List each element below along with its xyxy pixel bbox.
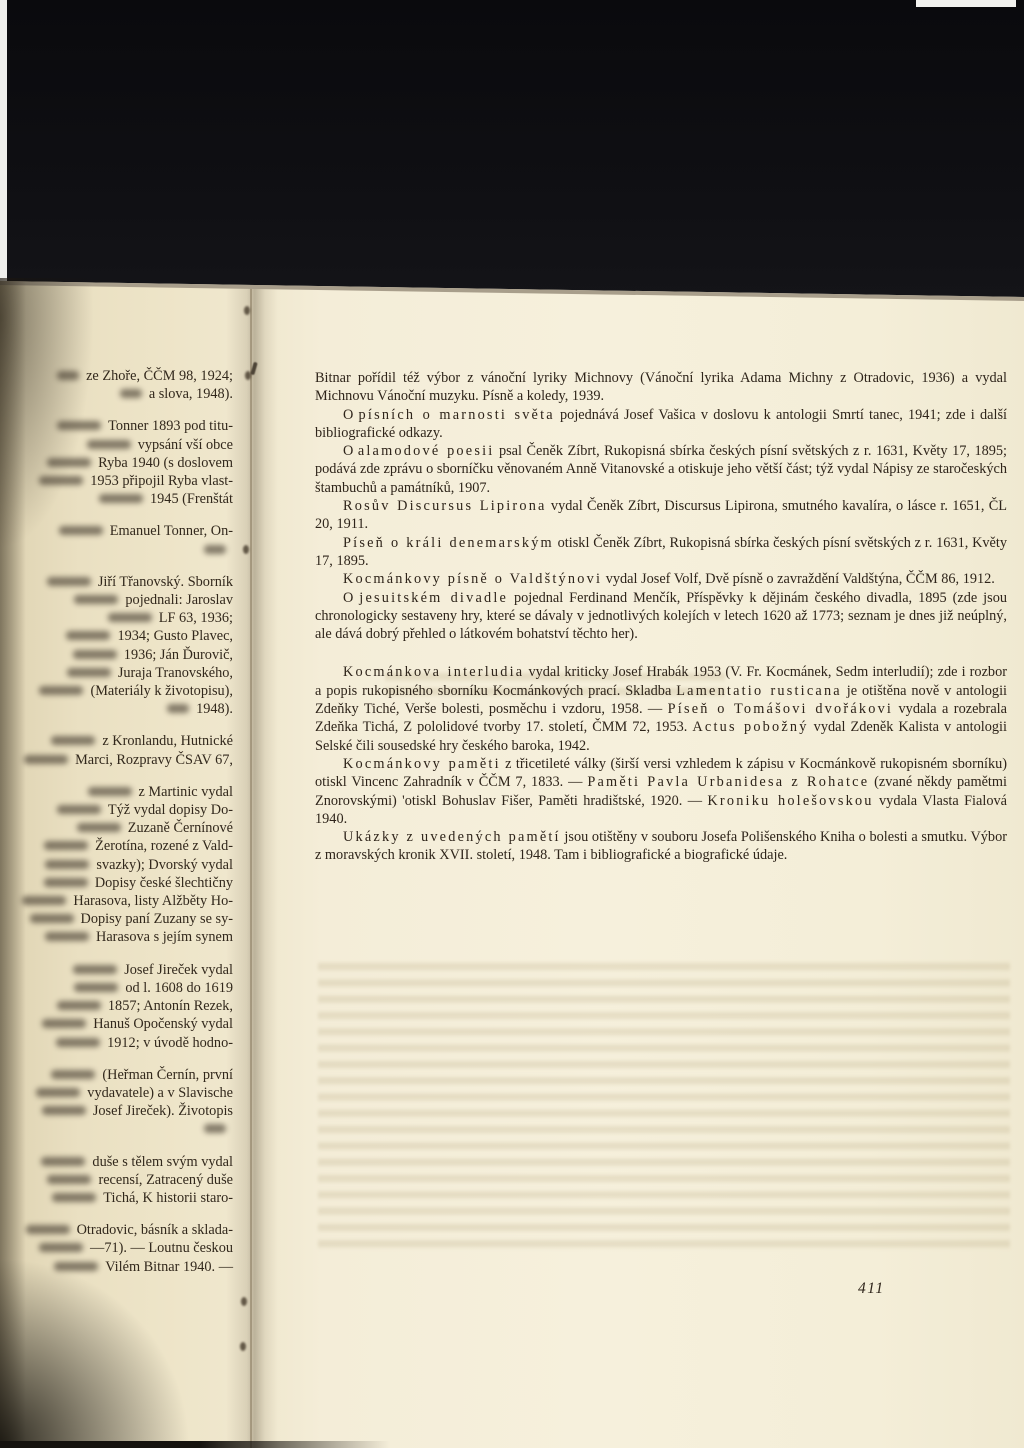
left-page-line: Harasova, listy Alžběty Ho- xyxy=(0,892,233,910)
line-text: Žerotína, rozené z Vald- xyxy=(95,838,233,854)
line-text: Otradovic, básník a sklada- xyxy=(77,1222,233,1238)
left-page-line: Tichá, K historii staro- xyxy=(0,1189,233,1207)
line-text: a slova, 1948). xyxy=(149,386,233,402)
stitch-mark xyxy=(244,306,250,315)
left-page-line: Dopisy české šlechtičny xyxy=(0,874,233,892)
text-smudge xyxy=(167,704,189,713)
left-page-line xyxy=(0,541,233,559)
text-smudge xyxy=(39,476,83,485)
line-text: 1912; v úvodě hodno- xyxy=(107,1035,233,1051)
left-page-line: z Kronlandu, Hutnické xyxy=(0,732,233,750)
text-smudge xyxy=(39,686,83,695)
text-smudge xyxy=(42,1019,86,1028)
left-page-line: Emanuel Tonner, On- xyxy=(0,522,233,540)
line-text: 1945 (Frenštát xyxy=(150,491,233,507)
text-smudge xyxy=(45,860,89,869)
paragraph: O alamodové poesii psal Čeněk Zíbrt, Ruk… xyxy=(315,442,1007,497)
text-smudge xyxy=(41,1157,85,1166)
line-text: recensí, Zatracený duše xyxy=(98,1172,233,1188)
left-page-line: vypsání vší obce xyxy=(0,436,233,454)
line-text: Dopisy české šlechtičny xyxy=(95,875,233,891)
line-text: z Kronlandu, Hutnické xyxy=(102,733,233,749)
line-text: od l. 1608 do 1619 xyxy=(125,980,233,996)
body-text: Bitnar pořídil též výbor z vánoční lyrik… xyxy=(315,370,1007,404)
photo-edge-top-right xyxy=(916,0,1016,7)
left-page-line: —71). — Loutnu českou xyxy=(0,1239,233,1257)
text-smudge xyxy=(47,577,91,586)
left-page-line: 1936; Ján Ďurovič, xyxy=(0,646,233,664)
line-text: 1953 připojil Ryba vlast- xyxy=(90,473,233,489)
left-page-line: Dopisy paní Zuzany se sy- xyxy=(0,910,233,928)
line-text: Vilém Bitnar 1940. — xyxy=(105,1259,233,1275)
left-page-text: ze Zhoře, ČČM 98, 1924;a slova, 1948).To… xyxy=(0,367,233,1276)
left-page-line: z Martinic vydal xyxy=(0,783,233,801)
stitch-mark xyxy=(243,545,249,554)
text-smudge xyxy=(47,1175,91,1184)
line-text: Tonner 1893 pod titu- xyxy=(108,418,233,434)
body-text: O xyxy=(343,443,358,459)
left-page-line: Josef Jireček vydal xyxy=(0,961,233,979)
left-page-line: ze Zhoře, ČČM 98, 1924; xyxy=(0,367,233,385)
emphasized-text: Kroniku holešovskou xyxy=(707,793,873,809)
text-smudge xyxy=(47,458,91,467)
right-page-text: Bitnar pořídil též výbor z vánoční lyrik… xyxy=(315,369,1007,865)
dark-background xyxy=(0,0,1024,302)
paragraph: Kocmánkovy písně o Valdštýnovi vydal Jos… xyxy=(315,570,1007,588)
left-page-line: 1934; Gusto Plavec, xyxy=(0,627,233,645)
emphasized-text: Kocmánkova interludia xyxy=(343,664,524,680)
emphasized-text: Paměti Pavla Urbanidesa z Rohatce xyxy=(587,774,869,790)
paragraph: Ukázky z uvedených pamětí jsou otištěny … xyxy=(315,828,1007,865)
paragraph: Kocmánkovy paměti z třicetileté války (š… xyxy=(315,755,1007,828)
text-smudge xyxy=(74,983,118,992)
emphasized-text: alamodové poesii xyxy=(358,443,495,459)
body-text: vydal Josef Volf, Dvě písně o zavraždění… xyxy=(602,571,995,587)
emphasized-text: Ukázky z uvedených pamětí xyxy=(343,829,561,845)
paragraph: Píseň o králi denemarským otiskl Čeněk Z… xyxy=(315,534,1007,571)
line-text: Harasova s jejím synem xyxy=(96,929,233,945)
text-smudge xyxy=(77,823,121,832)
line-text: Ryba 1940 (s doslovem xyxy=(98,455,233,471)
text-smudge xyxy=(45,932,89,941)
left-page-line xyxy=(0,1120,233,1138)
line-text: (Heřman Černín, první xyxy=(102,1067,233,1083)
left-page-line: 1945 (Frenštát xyxy=(0,490,233,508)
text-smudge xyxy=(88,787,132,796)
text-smudge xyxy=(42,1106,86,1115)
line-text: 1948). xyxy=(196,701,233,717)
left-page-line: 1953 připojil Ryba vlast- xyxy=(0,472,233,490)
line-text: —71). — Loutnu českou xyxy=(90,1240,233,1256)
emphasized-text: Lamentatio rusticana xyxy=(676,683,842,699)
emphasized-text: jesuitském divadle xyxy=(359,590,508,606)
emphasized-text: Kocmánkovy písně o Valdštýnovi xyxy=(343,571,602,587)
text-smudge xyxy=(59,526,103,535)
line-text: 1936; Ján Ďurovič, xyxy=(124,647,233,663)
text-smudge xyxy=(57,1001,101,1010)
text-smudge xyxy=(99,494,143,503)
line-text: Emanuel Tonner, On- xyxy=(110,523,233,539)
text-smudge xyxy=(26,1225,70,1234)
left-page-line: Zuzaně Černínové xyxy=(0,819,233,837)
left-page-line: duše s tělem svým vydal xyxy=(0,1153,233,1171)
line-text: Týž vydal dopisy Do- xyxy=(108,802,233,818)
line-text: duše s tělem svým vydal xyxy=(92,1154,233,1170)
text-smudge xyxy=(54,1262,98,1271)
line-text: Harasova, listy Alžběty Ho- xyxy=(73,893,233,909)
emphasized-text: Píseň o Tomášovi dvořákovi xyxy=(668,701,893,717)
left-page-line: vydavatele) a v Slavische xyxy=(0,1084,233,1102)
line-text: ze Zhoře, ČČM 98, 1924; xyxy=(86,368,233,384)
stitch-mark xyxy=(240,1342,246,1351)
left-page-line: (Heřman Černín, první xyxy=(0,1066,233,1084)
left-page-line: Harasova s jejím synem xyxy=(0,928,233,946)
text-smudge xyxy=(57,371,79,380)
line-text: Josef Jireček vydal xyxy=(124,962,233,978)
left-page-line: recensí, Zatracený duše xyxy=(0,1171,233,1189)
text-smudge xyxy=(73,965,117,974)
left-page-line: LF 63, 1936; xyxy=(0,609,233,627)
left-page-line: (Materiály k životopisu), xyxy=(0,682,233,700)
emphasized-text: Rosův Discursus Lipirona xyxy=(343,498,547,514)
paragraph: O jesuitském divadle pojednal Ferdinand … xyxy=(315,589,1007,644)
text-smudge xyxy=(22,896,66,905)
book-spread-photo: ze Zhoře, ČČM 98, 1924;a slova, 1948).To… xyxy=(0,0,1024,1448)
left-page-line: a slova, 1948). xyxy=(0,385,233,403)
left-page-line: Tonner 1893 pod titu- xyxy=(0,417,233,435)
line-text: 1857; Antonín Rezek, xyxy=(108,998,233,1014)
text-smudge xyxy=(108,613,152,622)
line-text: Jiří Třanovský. Sborník xyxy=(98,574,233,590)
spine-crease xyxy=(250,282,252,1448)
page-number: 411 xyxy=(858,1280,885,1298)
left-page-line: 1912; v úvodě hodno- xyxy=(0,1034,233,1052)
text-smudge xyxy=(52,1193,96,1202)
text-smudge xyxy=(204,1124,226,1133)
ghost-text-showthrough xyxy=(318,956,1010,1250)
left-page-line: 1948). xyxy=(0,700,233,718)
left-page-line: 1857; Antonín Rezek, xyxy=(0,997,233,1015)
text-smudge xyxy=(204,545,226,554)
left-page-line: Hanuš Opočenský vydal xyxy=(0,1015,233,1033)
line-text: Dopisy paní Zuzany se sy- xyxy=(81,911,233,927)
line-text: z Martinic vydal xyxy=(139,784,234,800)
paragraph: O písních o marnosti světa pojednává Jos… xyxy=(315,406,1007,443)
line-text: (Materiály k životopisu), xyxy=(90,683,233,699)
emphasized-text: Actus pobožný xyxy=(692,719,808,735)
text-smudge xyxy=(44,878,88,887)
text-smudge xyxy=(51,1070,95,1079)
left-page-line: Jiří Třanovský. Sborník xyxy=(0,573,233,591)
line-text: vydavatele) a v Slavische xyxy=(87,1085,233,1101)
body-text: O xyxy=(343,590,359,606)
emphasized-text: Píseň o králi denemarským xyxy=(343,535,554,551)
text-smudge xyxy=(67,668,111,677)
text-smudge xyxy=(51,736,95,745)
text-smudge xyxy=(74,595,118,604)
left-page-line: Marci, Rozpravy ČSAV 67, xyxy=(0,751,233,769)
bottom-edge-shadow xyxy=(0,1441,390,1448)
text-smudge xyxy=(24,755,68,764)
text-smudge xyxy=(87,440,131,449)
photo-edge-left xyxy=(0,0,7,281)
text-smudge xyxy=(73,650,117,659)
left-page-line: Otradovic, básník a sklada- xyxy=(0,1221,233,1239)
line-text: Marci, Rozpravy ČSAV 67, xyxy=(75,752,233,768)
text-smudge xyxy=(30,914,74,923)
left-page-line: pojednali: Jaroslav xyxy=(0,591,233,609)
line-text: svazky); Dvorský vydal xyxy=(96,857,233,873)
left-page-line: Juraja Tranovského, xyxy=(0,664,233,682)
line-text: LF 63, 1936; xyxy=(159,610,233,626)
text-smudge xyxy=(36,1088,80,1097)
text-smudge xyxy=(56,1038,100,1047)
text-smudge xyxy=(120,389,142,398)
line-text: 1934; Gusto Plavec, xyxy=(117,628,233,644)
left-page-line: Josef Jireček). Životopis xyxy=(0,1102,233,1120)
left-page-line: Ryba 1940 (s doslovem xyxy=(0,454,233,472)
paragraph: Kocmánkova interludia vydal kriticky Jos… xyxy=(315,663,1007,754)
text-smudge xyxy=(44,841,88,850)
line-text: pojednali: Jaroslav xyxy=(125,592,233,608)
line-text: vypsání vší obce xyxy=(138,437,233,453)
line-text: Josef Jireček). Životopis xyxy=(93,1103,233,1119)
left-page-line: od l. 1608 do 1619 xyxy=(0,979,233,997)
emphasized-text: Kocmánkovy paměti xyxy=(343,756,501,772)
paragraph: Bitnar pořídil též výbor z vánoční lyrik… xyxy=(315,369,1007,406)
line-text: Hanuš Opočenský vydal xyxy=(93,1016,233,1032)
text-smudge xyxy=(57,421,101,430)
left-page-line: Žerotína, rozené z Vald- xyxy=(0,837,233,855)
stitch-mark xyxy=(241,1297,247,1306)
left-page-line: svazky); Dvorský vydal xyxy=(0,856,233,874)
emphasized-text: písních o marnosti světa xyxy=(359,407,555,423)
text-smudge xyxy=(39,1243,83,1252)
left-page-line: Vilém Bitnar 1940. — xyxy=(0,1258,233,1276)
left-page-line: Týž vydal dopisy Do- xyxy=(0,801,233,819)
line-text: Juraja Tranovského, xyxy=(118,665,233,681)
paragraph: Rosův Discursus Lipirona vydal Čeněk Zíb… xyxy=(315,497,1007,534)
body-text: O xyxy=(343,407,359,423)
line-text: Tichá, K historii staro- xyxy=(103,1190,233,1206)
line-text: Zuzaně Černínové xyxy=(128,820,233,836)
text-smudge xyxy=(57,805,101,814)
text-smudge xyxy=(66,631,110,640)
